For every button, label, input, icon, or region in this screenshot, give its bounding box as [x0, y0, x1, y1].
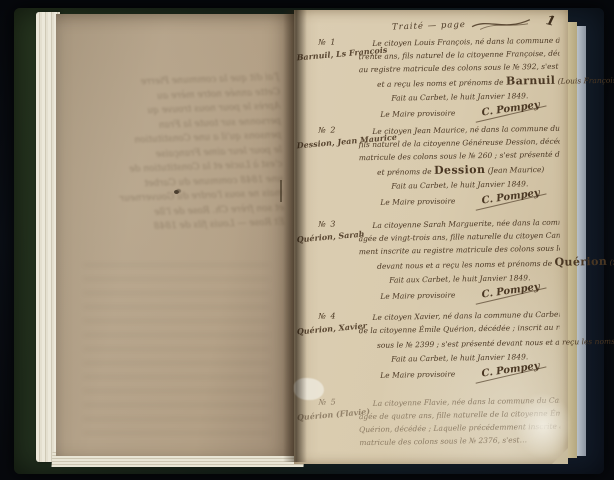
entry-body: Le citoyen Xavier, né dans la commune du… — [358, 308, 560, 383]
page-corner-curl — [552, 448, 568, 464]
entry-number: № 4 — [296, 311, 358, 321]
entry-margin: № 3 Quérion, Sarah — [293, 219, 359, 305]
name-line-prefix: et prénoms de — [377, 167, 432, 177]
name-line-prefix: et a reçu les noms et prénoms de — [377, 78, 504, 89]
header-flourish-icon — [470, 15, 535, 33]
officer-title: Le Maire provisoire — [380, 366, 455, 382]
left-page: J'ai dit que la commune PierreCette anné… — [56, 14, 294, 456]
officer-row: Le Maire provisoire C. Pompey — [359, 103, 560, 123]
entry-number: № 1 — [296, 37, 358, 47]
register-entry: № 2 Dession, Jean Maurice Le citoyen Jea… — [293, 122, 560, 212]
officer-row: Le Maire provisoire C. Pompey — [359, 285, 560, 305]
entry-margin-name: Quérion, Sarah — [296, 229, 359, 244]
bleedthrough-text: J'ai dit que la commune PierreCette anné… — [73, 70, 284, 237]
entry-body-lines: Le citoyen Jean Maurice, né dans la comm… — [358, 122, 560, 165]
registered-forename: (Jean Maurice) — [488, 165, 545, 175]
registered-surname: Barnuil — [506, 74, 556, 88]
officer-title: Le Maire provisoire — [380, 105, 455, 121]
ink-smudge — [84, 264, 269, 434]
entry-margin-name: Quérion, Xavier — [296, 321, 359, 336]
fore-edge-shadow — [577, 26, 586, 456]
ink-speck — [174, 190, 179, 194]
registered-surname: Dession — [434, 163, 485, 177]
folio-number: 1 — [544, 13, 556, 30]
register-entry: № 3 Quérion, Sarah La citoyenne Sarah Ma… — [293, 216, 560, 306]
entry-number: № 3 — [296, 219, 358, 229]
entry-body-lines: La citoyenne Sarah Marguerite, née dans … — [358, 216, 560, 259]
ink-speck — [280, 180, 282, 202]
entry-margin: № 4 Quérion, Xavier — [293, 311, 359, 384]
header-note: Traité — page — [392, 15, 534, 36]
entry-body: Le citoyen Louis François, né dans la co… — [358, 34, 560, 122]
entry-number: № 2 — [296, 125, 358, 135]
header-note-text: Traité — page — [392, 20, 466, 33]
register-entry: № 4 Quérion, Xavier Le citoyen Xavier, n… — [293, 308, 560, 385]
entry-body-lines: Le citoyen Xavier, né dans la commune du… — [358, 308, 559, 338]
registered-forename: (Louis François) — [558, 76, 614, 86]
officer-title: Le Maire provisoire — [380, 287, 455, 303]
officer-row: Le Maire provisoire C. Pompey — [359, 364, 560, 384]
registered-surname: Quérion — [554, 255, 607, 269]
entry-body: La citoyenne Sarah Marguerite, née dans … — [358, 216, 560, 304]
entry-body-lines: Le citoyen Louis François, né dans la co… — [358, 34, 560, 77]
register-entry: № 1 Barnuil, Ls François Le citoyen Loui… — [293, 34, 560, 124]
entry-margin-name: Barnuil, Ls François — [296, 47, 359, 62]
name-line-prefix: devant nous et a reçu les noms et prénom… — [377, 259, 552, 271]
entry-margin: № 2 Dession, Jean Maurice — [293, 125, 359, 211]
paper-stain — [294, 378, 324, 400]
officer-title: Le Maire provisoire — [380, 193, 455, 209]
entry-margin: № 5 Quérion (Flavie) — [294, 397, 360, 450]
entry-margin-name: Quérion (Flavie) — [297, 407, 360, 422]
officer-row: Le Maire provisoire C. Pompey — [359, 191, 560, 211]
entry-margin-name: Dession, Jean Maurice — [296, 135, 359, 150]
document-scan: J'ai dit que la commune PierreCette anné… — [0, 0, 614, 480]
right-page: 1 Traité — page № 1 Barnuil, Ls François… — [294, 10, 568, 464]
entry-margin: № 1 Barnuil, Ls François — [293, 37, 359, 123]
registered-forename: (Sarah) — [610, 257, 614, 266]
